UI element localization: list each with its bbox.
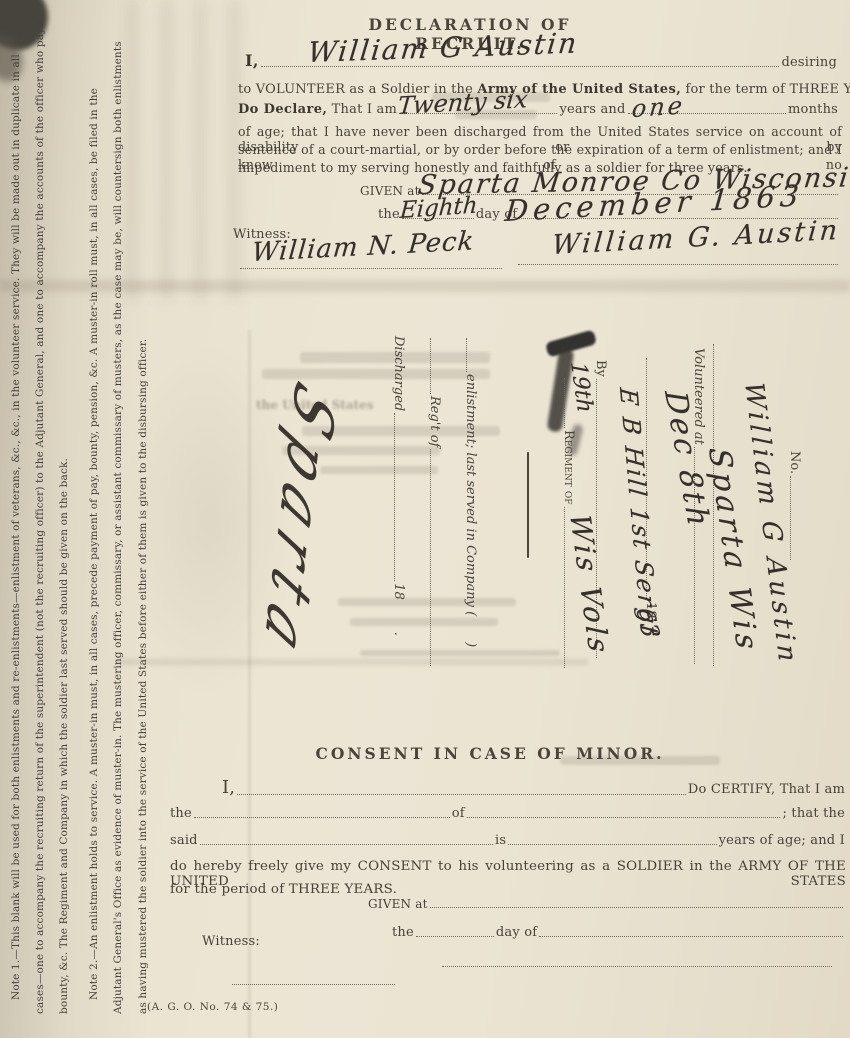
consent-relation-line: the of ; that the xyxy=(170,806,845,821)
company-gap xyxy=(463,616,465,642)
years-of-age-label: years of age; and I xyxy=(719,833,845,848)
margin-note1-line3: bounty, &c. The Regiment and Company in … xyxy=(58,10,70,1014)
consent-day-blank xyxy=(416,934,494,937)
no-label: No. xyxy=(787,451,802,474)
prior-service-block: enlistment; last served in Company ( ) R… xyxy=(370,336,482,670)
given-day-handwriting: Eighth xyxy=(399,192,478,224)
consent-of-label: of xyxy=(452,806,465,821)
consent-title: CONSENT IN CASE OF MINOR. xyxy=(310,744,670,763)
consent-witness-line xyxy=(232,982,395,985)
margin-note2-line3: as having mustered the soldier into the … xyxy=(137,10,149,1014)
months-label: months xyxy=(788,102,838,117)
margin-note1-line1: Note 1.—This blank will be used for both… xyxy=(10,10,22,1014)
consent-month-blank xyxy=(539,934,843,937)
consent-date-line: the day of xyxy=(392,925,845,940)
enlistment-label: enlistment; last served in Company ( xyxy=(463,374,478,616)
consent-i-label: I, xyxy=(222,777,235,798)
regt-of-line: Reg't of xyxy=(427,336,442,668)
consent-day-of-label: day of xyxy=(496,925,537,940)
consent-the2-label: the xyxy=(392,925,414,940)
no-blank xyxy=(790,476,793,560)
declaration-line2: to VOLUNTEER as a Soldier in the Army of… xyxy=(238,82,842,97)
said-name-blank xyxy=(200,842,493,845)
regt-blank-lead xyxy=(430,338,433,394)
certify-label: Do CERTIFY, That I am xyxy=(688,782,845,797)
fold-crease-horizontal-2 xyxy=(118,659,588,665)
left-edge-shadow xyxy=(0,0,150,1038)
consent-signature-line xyxy=(442,964,832,967)
said-label: said xyxy=(170,833,198,848)
endorsement-block: No. William G Austin Volunteered at Spar… xyxy=(532,336,842,676)
recruit-signature-line xyxy=(518,262,838,265)
fold-crease-vertical xyxy=(248,330,251,1038)
the-label: the xyxy=(378,207,400,222)
margin-note2-line1: Note 2.—An enlistment holds to service. … xyxy=(88,10,100,1014)
years-and-label: years and xyxy=(559,102,625,117)
enlistment-blank xyxy=(466,338,469,372)
given-at-label: GIVEN at xyxy=(360,184,420,198)
year2-printed: 18 xyxy=(391,583,406,600)
i-label: I, xyxy=(245,51,259,70)
margin-note2-line2: Adjutant General's Office as evidence of… xyxy=(112,10,124,1014)
consent-certify-line: I, Do CERTIFY, That I am xyxy=(222,777,845,798)
is-label: is xyxy=(495,833,506,848)
consent-place-blank xyxy=(430,905,843,908)
relation-blank xyxy=(194,815,450,818)
regiment-of-label: Regiment of xyxy=(561,430,576,505)
discharged-label: Discharged xyxy=(391,336,406,411)
age-months-handwriting: one xyxy=(631,91,687,123)
regt-of-label: Reg't of xyxy=(427,396,442,447)
fold-crease-horizontal xyxy=(0,280,850,292)
consent-name-blank xyxy=(237,792,686,795)
discharged-line: Discharged 18 . xyxy=(391,336,406,670)
form-number-footer: (A. G. O. No. 74 & 75.) xyxy=(147,1001,278,1013)
regt-blank-tail xyxy=(430,449,433,666)
consent-given-at-label: GIVEN at xyxy=(368,897,428,911)
consent-age-line: said is years of age; and I xyxy=(170,833,845,848)
consent-period-line: for the period of THREE YEARS. xyxy=(170,882,397,897)
by-label: By xyxy=(593,360,608,377)
enlistment-line: enlistment; last served in Company ( ) xyxy=(463,336,478,666)
corner-ink-blotch xyxy=(0,0,56,57)
declare-rest: That I am xyxy=(327,102,397,117)
regiment-number-blank xyxy=(564,378,567,428)
section-rule xyxy=(527,452,529,558)
year2-gap xyxy=(391,600,393,632)
consent-the-label: the xyxy=(170,806,192,821)
desiring-label: desiring xyxy=(781,55,837,70)
discharged-blank xyxy=(394,413,397,581)
that-the-label: ; that the xyxy=(782,806,845,821)
minor-name-blank xyxy=(467,815,781,818)
line2-post: for the term of THREE YEARS, xyxy=(681,82,850,97)
minor-age-blank xyxy=(508,842,716,845)
scanned-document-page: the United States Note 1.—This blank wil… xyxy=(0,0,850,1038)
paren-close: ) xyxy=(463,642,478,647)
declare-gothic: Do Declare, xyxy=(238,102,327,117)
consent-given-line: GIVEN at xyxy=(368,897,845,911)
consent-witness-label: Witness: xyxy=(202,934,260,949)
declaration-age-line: Do Declare, That I am years and months xyxy=(238,102,838,117)
discharged-period: . xyxy=(391,632,406,636)
margin-note1-line2: cases—one to accompany the recruiting re… xyxy=(34,10,46,1014)
